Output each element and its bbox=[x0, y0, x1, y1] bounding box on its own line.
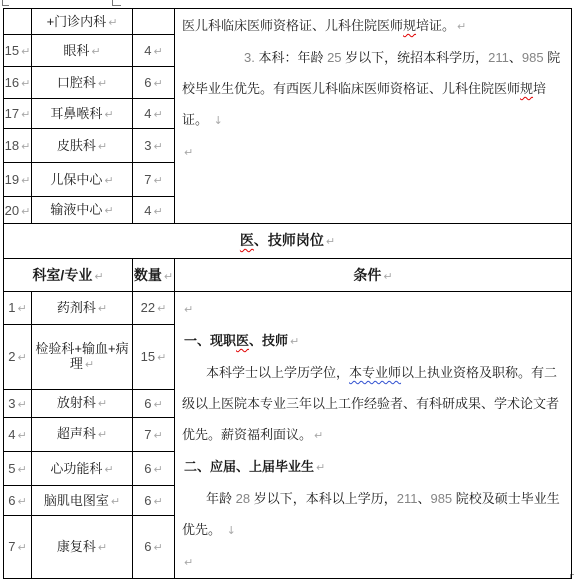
department-cell: 康复科↵ bbox=[32, 515, 133, 578]
row-number-cell: 2↵ bbox=[4, 324, 32, 389]
paragraph-mark-icon: ↵ bbox=[16, 429, 27, 442]
paragraph-mark-icon: ↵ bbox=[152, 205, 163, 218]
row-number-cell: 4↵ bbox=[4, 418, 32, 452]
paragraph-mark-icon: ↵ bbox=[152, 398, 163, 411]
quantity-cell: 6↵ bbox=[133, 486, 175, 516]
section-title: 医、技师岗位↵ bbox=[4, 224, 572, 259]
line-break-icon: ↓ bbox=[212, 114, 223, 127]
paragraph-mark-icon: ↵ bbox=[312, 429, 323, 442]
row-number-cell: 3↵ bbox=[4, 389, 32, 417]
row-number-cell: 15↵ bbox=[4, 35, 32, 67]
paragraph-mark-icon: ↵ bbox=[92, 270, 103, 283]
paragraph-mark-icon: ↵ bbox=[162, 270, 173, 283]
table-row: +门诊内科↵ 医儿科临床医师资格证、儿科住院医师规培证。↵3. 本科：年龄 25… bbox=[4, 9, 572, 35]
paragraph-mark-icon: ↵ bbox=[152, 140, 163, 153]
paragraph-mark-icon: ↵ bbox=[102, 204, 113, 217]
paragraph-mark-icon: ↵ bbox=[152, 174, 163, 187]
quantity-cell: 6↵ bbox=[133, 451, 175, 486]
paragraph-mark-icon: ↵ bbox=[155, 351, 166, 364]
department-cell: 眼科↵ bbox=[32, 35, 133, 67]
paragraph-mark-icon: ↵ bbox=[288, 335, 299, 348]
department-cell: 药剂科↵ bbox=[32, 292, 133, 325]
paragraph-mark-icon: ↵ bbox=[182, 556, 193, 569]
paragraph-mark-icon: ↵ bbox=[102, 174, 113, 187]
paragraph-mark-icon: ↵ bbox=[96, 302, 107, 315]
paragraph-mark-icon: ↵ bbox=[455, 20, 466, 33]
paragraph-mark-icon: ↵ bbox=[96, 428, 107, 441]
paragraph-mark-icon: ↵ bbox=[155, 302, 166, 315]
paragraph-mark-icon: ↵ bbox=[152, 463, 163, 476]
quantity-cell: 6↵ bbox=[133, 67, 175, 99]
department-cell: 心功能科↵ bbox=[32, 451, 133, 486]
quantity-cell: 4↵ bbox=[133, 197, 175, 224]
paragraph-mark-icon: ↵ bbox=[19, 45, 30, 58]
department-cell: 检验科+输血+病理↵ bbox=[32, 324, 133, 389]
paragraph-mark-icon: ↵ bbox=[102, 108, 113, 121]
paragraph-mark-icon: ↵ bbox=[109, 495, 120, 508]
paragraph-mark-icon: ↵ bbox=[16, 398, 27, 411]
text-paragraph: ↵ bbox=[182, 136, 568, 168]
paragraph-mark-icon: ↵ bbox=[19, 77, 30, 90]
line-break-icon: ↓ bbox=[225, 524, 236, 537]
paragraph-mark-icon: ↵ bbox=[16, 541, 27, 554]
paragraph-mark-icon: ↵ bbox=[19, 108, 30, 121]
paragraph-mark-icon: ↵ bbox=[89, 45, 100, 58]
text-paragraph: ↵ bbox=[182, 293, 568, 325]
paragraph-mark-icon: ↵ bbox=[106, 16, 117, 29]
text-paragraph: 3. 本科：年龄 25 岁以下，统招本科学历，211、985 院校毕业生优先。有… bbox=[182, 42, 568, 136]
department-cell: 超声科↵ bbox=[32, 418, 133, 452]
quantity-cell bbox=[133, 9, 175, 35]
paragraph-mark-icon: ↵ bbox=[96, 140, 107, 153]
upper-recruitment-table: +门诊内科↵ 医儿科临床医师资格证、儿科住院医师规培证。↵3. 本科：年龄 25… bbox=[3, 8, 572, 224]
row-number-cell bbox=[4, 9, 32, 35]
text-paragraph: 一、现职医、技师↵ bbox=[182, 325, 568, 357]
header-department: 科室/专业↵ bbox=[4, 259, 133, 292]
paragraph-mark-icon: ↵ bbox=[314, 461, 325, 474]
quantity-cell: 22↵ bbox=[133, 292, 175, 325]
text-paragraph: ↵ bbox=[182, 546, 568, 578]
quantity-cell: 4↵ bbox=[133, 35, 175, 67]
paragraph-mark-icon: ↵ bbox=[152, 45, 163, 58]
department-cell: 脑肌电图室↵ bbox=[32, 486, 133, 516]
paragraph-mark-icon: ↵ bbox=[16, 495, 27, 508]
department-cell: 口腔科↵ bbox=[32, 67, 133, 99]
text-paragraph: 本科学士以上学历学位，本专业师以上执业资格及职称。有二级以上医院本专业三年以上工… bbox=[182, 357, 568, 451]
paragraph-mark-icon: ↵ bbox=[83, 358, 94, 371]
paragraph-mark-icon: ↵ bbox=[381, 270, 392, 283]
header-quantity: 数量↵ bbox=[133, 259, 175, 292]
department-cell: 耳鼻喉科↵ bbox=[32, 99, 133, 129]
text-paragraph: 年龄 28 岁以下，本科以上学历，211、985 院校及硕士毕业生优先。 ↓ bbox=[182, 483, 568, 546]
paragraph-mark-icon: ↵ bbox=[152, 77, 163, 90]
condition-cell: ↵一、现职医、技师↵本科学士以上学历学位，本专业师以上执业资格及职称。有二级以上… bbox=[175, 292, 572, 579]
paragraph-mark-icon: ↵ bbox=[96, 397, 107, 410]
department-cell: 皮肤科↵ bbox=[32, 129, 133, 163]
row-number-cell: 1↵ bbox=[4, 292, 32, 325]
row-number-cell: 19↵ bbox=[4, 163, 32, 197]
paragraph-mark-icon: ↵ bbox=[152, 541, 163, 554]
paragraph-mark-icon: ↵ bbox=[19, 174, 30, 187]
quantity-cell: 6↵ bbox=[133, 515, 175, 578]
lower-recruitment-table: 医、技师岗位↵ 科室/专业↵ 数量↵ 条件↵ 1↵ 药剂科↵ 22↵ ↵一、现职… bbox=[3, 223, 572, 579]
paragraph-mark-icon: ↵ bbox=[16, 302, 27, 315]
paragraph-mark-icon: ↵ bbox=[16, 351, 27, 364]
paragraph-mark-icon: ↵ bbox=[19, 205, 30, 218]
section-title-row: 医、技师岗位↵ bbox=[4, 224, 572, 259]
paragraph-mark-icon: ↵ bbox=[96, 77, 107, 90]
row-number-cell: 7↵ bbox=[4, 515, 32, 578]
quantity-cell: 3↵ bbox=[133, 129, 175, 163]
paragraph-mark-icon: ↵ bbox=[182, 146, 193, 159]
paragraph-mark-icon: ↵ bbox=[19, 140, 30, 153]
paragraph-mark-icon: ↵ bbox=[102, 463, 113, 476]
paragraph-mark-icon: ↵ bbox=[16, 463, 27, 476]
cut-off-row-fragment bbox=[112, 0, 121, 6]
row-number-cell: 6↵ bbox=[4, 486, 32, 516]
row-number-cell: 16↵ bbox=[4, 67, 32, 99]
quantity-cell: 4↵ bbox=[133, 99, 175, 129]
text-paragraph: 医、技师岗位↵ bbox=[4, 224, 571, 258]
paragraph-mark-icon: ↵ bbox=[152, 429, 163, 442]
department-cell: 放射科↵ bbox=[32, 389, 133, 417]
cut-off-row-fragment bbox=[2, 0, 9, 6]
header-condition: 条件↵ bbox=[175, 259, 572, 292]
row-number-cell: 20↵ bbox=[4, 197, 32, 224]
header-row: 科室/专业↵ 数量↵ 条件↵ bbox=[4, 259, 572, 292]
row-number-cell: 17↵ bbox=[4, 99, 32, 129]
department-cell: 儿保中心↵ bbox=[32, 163, 133, 197]
paragraph-mark-icon: ↵ bbox=[182, 303, 193, 316]
row-number-cell: 18↵ bbox=[4, 129, 32, 163]
paragraph-mark-icon: ↵ bbox=[96, 541, 107, 554]
text-paragraph: 二、应届、上届毕业生↵ bbox=[182, 451, 568, 483]
quantity-cell: 15↵ bbox=[133, 324, 175, 389]
paragraph-mark-icon: ↵ bbox=[152, 495, 163, 508]
department-cell: 输液中心↵ bbox=[32, 197, 133, 224]
text-paragraph: 医儿科临床医师资格证、儿科住院医师规培证。↵ bbox=[182, 10, 568, 42]
paragraph-mark-icon: ↵ bbox=[152, 108, 163, 121]
document-page: +门诊内科↵ 医儿科临床医师资格证、儿科住院医师规培证。↵3. 本科：年龄 25… bbox=[0, 0, 574, 579]
quantity-cell: 7↵ bbox=[133, 418, 175, 452]
row-number-cell: 5↵ bbox=[4, 451, 32, 486]
department-cell: +门诊内科↵ bbox=[32, 9, 133, 35]
quantity-cell: 7↵ bbox=[133, 163, 175, 197]
table-row: 1↵ 药剂科↵ 22↵ ↵一、现职医、技师↵本科学士以上学历学位，本专业师以上执… bbox=[4, 292, 572, 325]
condition-cell: 医儿科临床医师资格证、儿科住院医师规培证。↵3. 本科：年龄 25 岁以下，统招… bbox=[175, 9, 572, 224]
paragraph-mark-icon: ↵ bbox=[324, 235, 335, 248]
quantity-cell: 6↵ bbox=[133, 389, 175, 417]
